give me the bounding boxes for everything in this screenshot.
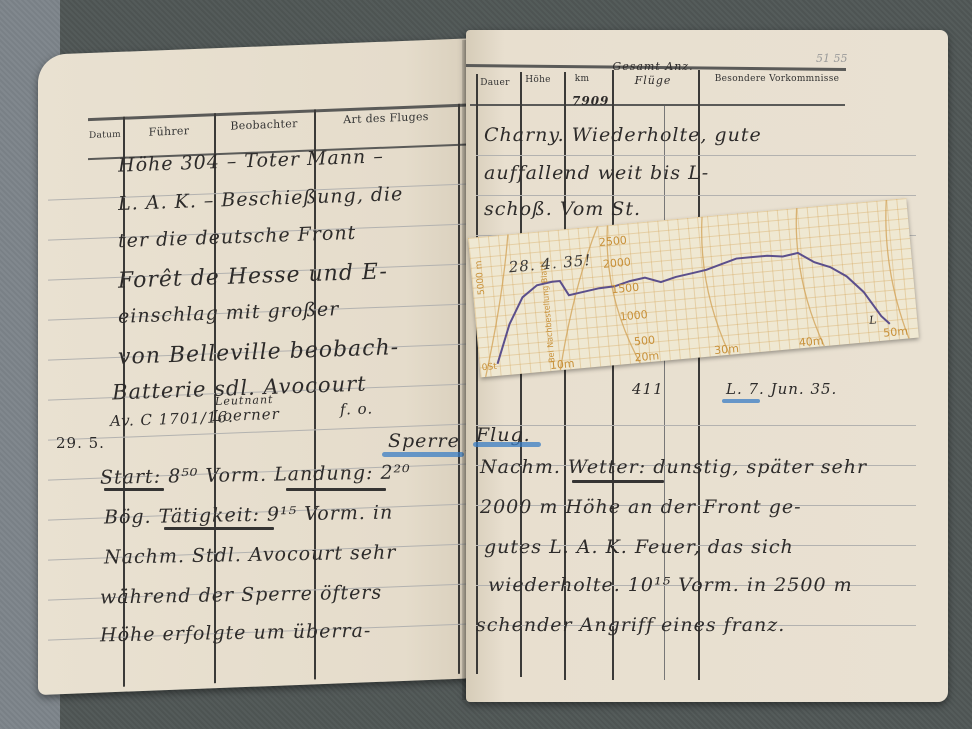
header-bottom-rule — [470, 104, 845, 106]
handwritten-line: schender Angriff eines franz. — [476, 614, 785, 636]
x-tick: 10m — [549, 357, 575, 372]
page-number: 51 55 — [816, 52, 848, 65]
blue-underline — [722, 399, 760, 403]
handwritten-line: Charny. Wiederholte, gute — [484, 124, 762, 146]
ruled-line — [476, 425, 916, 426]
underline — [572, 480, 664, 483]
header-gesamt-fluege: Gesamt Anz. Flüge — [612, 60, 694, 88]
header-besondere-vorkommnisse: Besondere Vorkommnisse — [702, 74, 852, 84]
blue-underline — [382, 452, 464, 457]
y-tick: 500 — [634, 333, 656, 348]
entry-date: 29. 5. — [56, 434, 105, 452]
y-tick: 2000 — [602, 255, 631, 270]
end-mark: L — [869, 313, 878, 327]
header-hoehe: Höhe — [518, 75, 558, 85]
flight-count: 411 — [632, 380, 664, 398]
header-km: km — [562, 74, 602, 84]
x-tick: 30m — [714, 342, 740, 357]
y-tick: 2500 — [598, 234, 627, 249]
handwritten-line: Nachm. Wetter: dunstig, später sehr — [480, 456, 867, 478]
observer-name: Loerner — [212, 405, 280, 425]
y-tick: 1500 — [611, 281, 640, 296]
x-tick: 40m — [798, 334, 824, 349]
y-tick: 1000 — [619, 308, 648, 323]
underline — [104, 488, 164, 491]
handwritten-line: schoß. Vom St. — [484, 198, 641, 220]
underline — [164, 527, 274, 530]
x-tick: 20m — [634, 349, 660, 364]
handwritten-line: wiederholte. 10¹⁵ Vorm. in 2500 m — [488, 574, 853, 596]
x-tick: 50m — [883, 325, 909, 340]
header-dauer: Dauer — [476, 78, 514, 88]
handwritten-line: 2000 m Höhe an der Front ge- — [480, 496, 802, 518]
x-tick: 0St — [481, 362, 497, 373]
ruled-line — [476, 195, 916, 196]
header-datum: Datum — [88, 130, 122, 141]
handwritten-line: gutes L. A. K. Feuer, das sich — [484, 536, 794, 558]
column-divider — [458, 104, 460, 674]
handwritten-line: auffallend weit bis L- — [484, 162, 709, 184]
header-art-des-fluges: Art des Fluges — [316, 109, 456, 127]
signature-mark: f. o. — [340, 399, 374, 418]
column-divider — [476, 74, 478, 674]
blue-underline — [473, 442, 541, 447]
km-total: 7909 — [572, 94, 609, 108]
header-beobachter: Beobachter — [216, 116, 312, 133]
date-note: L. 7. Jun. 35. — [726, 380, 837, 398]
header-fuehrer: Führer — [124, 123, 214, 139]
ruled-line — [476, 155, 916, 156]
underline — [286, 488, 386, 491]
